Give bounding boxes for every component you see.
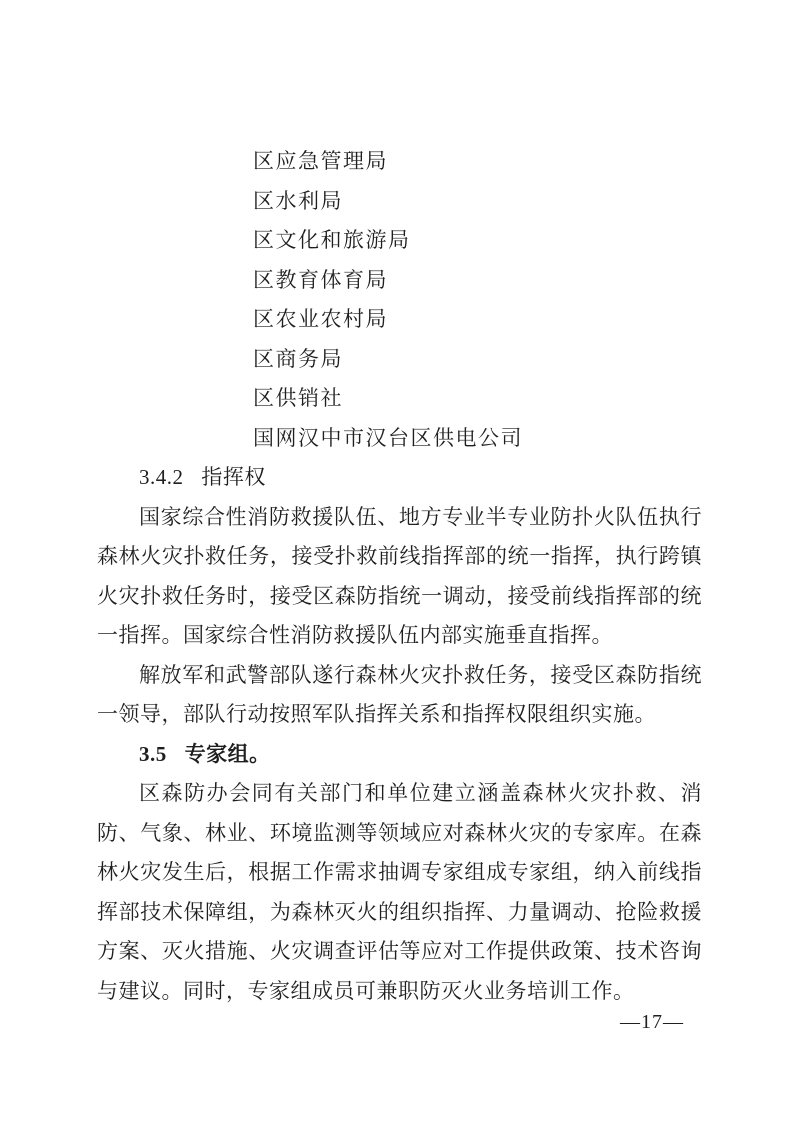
list-item: 国网汉中市汉台区供电公司 <box>253 419 702 459</box>
heading-number: 3.4.2 <box>139 465 184 489</box>
list-item: 区教育体育局 <box>253 261 702 301</box>
list-item: 区商务局 <box>253 340 702 380</box>
document-body: 区应急管理局 区水利局 区文化和旅游局 区教育体育局 区农业农村局 区商务局 区… <box>97 142 702 1011</box>
list-item: 区农业农村局 <box>253 300 702 340</box>
document-page: 区应急管理局 区水利局 区文化和旅游局 区教育体育局 区农业农村局 区商务局 区… <box>0 0 793 1122</box>
paragraph: 国家综合性消防救援队伍、地方专业半专业防扑火队伍执行森林火灾扑救任务，接受扑救前… <box>97 498 702 656</box>
section-heading-3-5: 3.5专家组。 <box>97 735 702 775</box>
section-heading-3-4-2: 3.4.2指挥权 <box>97 458 702 498</box>
list-item: 区水利局 <box>253 182 702 222</box>
list-item: 区文化和旅游局 <box>253 221 702 261</box>
page-number: —17— <box>620 1008 684 1036</box>
list-item: 区应急管理局 <box>253 142 702 182</box>
heading-title: 专家组。 <box>185 742 271 766</box>
unit-list: 区应急管理局 区水利局 区文化和旅游局 区教育体育局 区农业农村局 区商务局 区… <box>97 142 702 458</box>
heading-title: 指挥权 <box>201 465 266 489</box>
paragraph: 解放军和武警部队遂行森林火灾扑救任务，接受区森防指统一领导，部队行动按照军队指挥… <box>97 656 702 735</box>
list-item: 区供销社 <box>253 379 702 419</box>
heading-number: 3.5 <box>139 742 167 766</box>
paragraph: 区森防办会同有关部门和单位建立涵盖森林火灾扑救、消防、气象、林业、环境监测等领域… <box>97 774 702 1011</box>
